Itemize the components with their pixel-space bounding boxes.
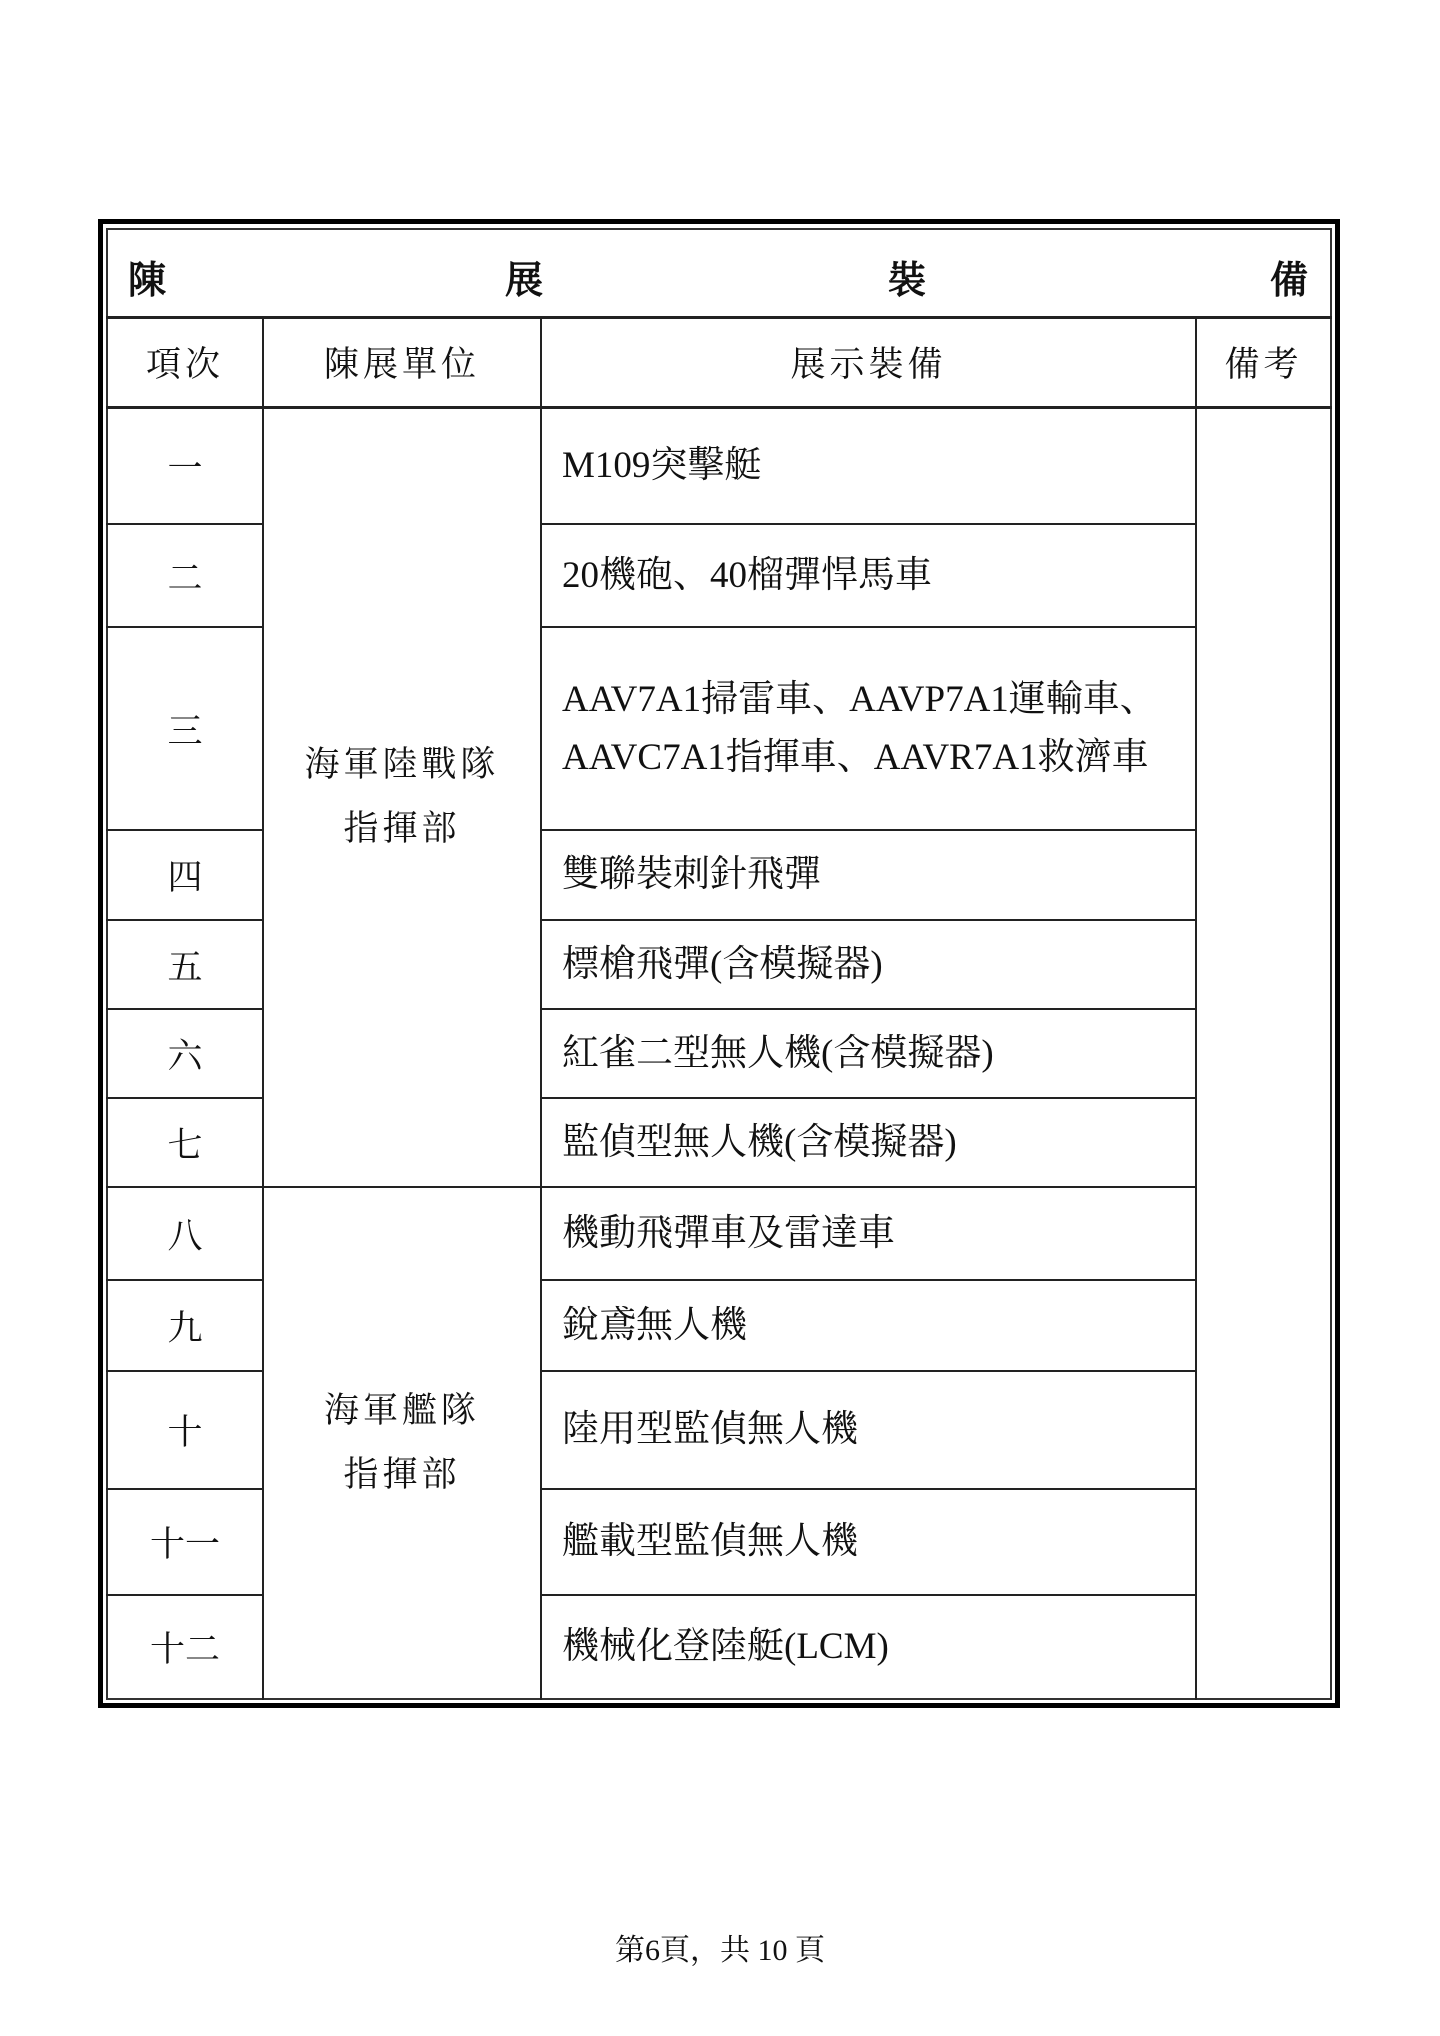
equipment-cell: 機械化登陸艇(LCM): [542, 1596, 1195, 1698]
header-remark: 備考: [1197, 318, 1330, 406]
title-char-1: 陳: [128, 236, 166, 317]
equipment-cell: 紅雀二型無人機(含模擬器): [542, 1010, 1195, 1097]
header-equipment: 展示裝備: [542, 318, 1195, 406]
item-number: 二: [108, 525, 262, 626]
item-number: 三: [108, 628, 262, 829]
unit-fleet-command: 海軍艦隊 指揮部: [264, 1188, 540, 1698]
equipment-cell: 銳鳶無人機: [542, 1281, 1195, 1370]
header-unit: 陳展單位: [264, 318, 540, 406]
item-number: 十: [108, 1372, 262, 1488]
equipment-cell: 20機砲、40榴彈悍馬車: [542, 525, 1195, 626]
unit-line: 指揮部: [343, 797, 460, 861]
unit-line: 海軍陸戰隊: [304, 733, 499, 797]
item-number: 五: [108, 921, 262, 1008]
item-number: 一: [108, 408, 262, 523]
unit-line: 指揮部: [343, 1443, 460, 1507]
remark-cell: [1197, 408, 1330, 1698]
item-number: 七: [108, 1099, 262, 1186]
title-char-3: 裝: [888, 236, 926, 317]
item-number: 十一: [108, 1490, 262, 1594]
equipment-cell: 雙聯裝刺針飛彈: [542, 831, 1195, 919]
equipment-cell: M109突擊艇: [542, 408, 1195, 523]
item-number: 六: [108, 1010, 262, 1097]
equipment-cell: 標槍飛彈(含模擬器): [542, 921, 1195, 1008]
item-number: 九: [108, 1281, 262, 1370]
item-number: 四: [108, 831, 262, 919]
unit-line: 海軍艦隊: [324, 1379, 480, 1443]
equipment-cell: 監偵型無人機(含模擬器): [542, 1099, 1195, 1186]
equipment-cell: 艦載型監偵無人機: [542, 1490, 1195, 1594]
item-number: 八: [108, 1188, 262, 1279]
equipment-cell: AAV7A1掃雷車、AAVP7A1運輸車、AAVC7A1指揮車、AAVR7A1救…: [542, 628, 1195, 829]
unit-marine-corps: 海軍陸戰隊 指揮部: [264, 408, 540, 1186]
page-footer: 第6頁，共 10 頁: [0, 1925, 1440, 1969]
title-char-2: 展: [505, 236, 543, 317]
title-char-4: 備: [1270, 236, 1308, 317]
equipment-cell: 陸用型監偵無人機: [542, 1372, 1195, 1488]
item-number: 十二: [108, 1596, 262, 1698]
equipment-cell: 機動飛彈車及雷達車: [542, 1188, 1195, 1279]
header-item: 項次: [108, 318, 262, 406]
